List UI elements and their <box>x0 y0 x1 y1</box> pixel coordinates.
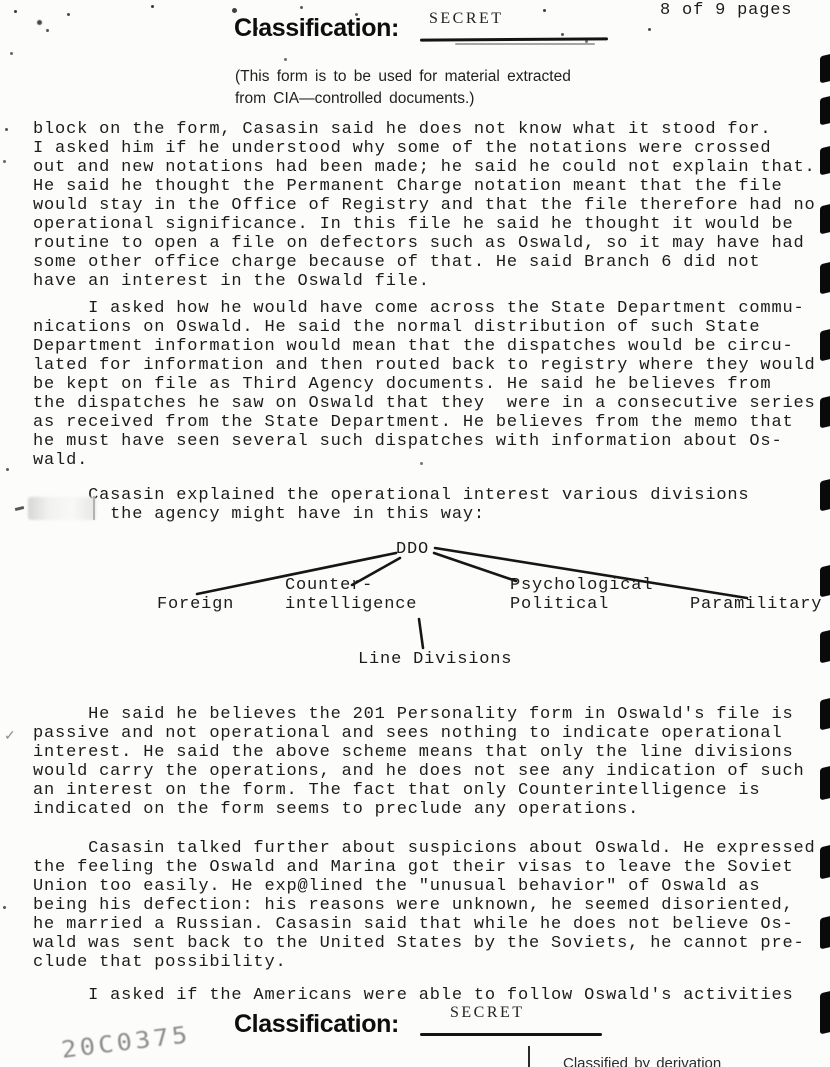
classification-label-bottom: Classification: <box>234 1010 399 1039</box>
binding-mark <box>820 54 830 84</box>
form-divider-tick <box>528 1046 530 1067</box>
pages-indicator: 8 of 9 pages <box>660 1 792 20</box>
classification-label-top: Classification: <box>234 14 399 43</box>
classification-underline-top <box>420 37 608 41</box>
org-chart-root-ddo: DDO <box>396 540 429 559</box>
binding-mark <box>820 329 830 362</box>
binding-mark <box>820 479 830 512</box>
binding-mark <box>820 146 830 176</box>
binding-mark <box>820 698 830 731</box>
whiteout-redaction-tick <box>15 506 24 511</box>
org-chart-node-counterintelligence: Counter- intelligence <box>285 576 417 614</box>
org-chart-node-foreign: Foreign <box>157 595 234 614</box>
classification-value-top: SECRET <box>429 10 504 28</box>
org-chart-node-psychological-political: Psychological Political <box>510 576 653 614</box>
paragraph-2: I asked how he would have come across th… <box>33 299 816 470</box>
classification-underline-bottom <box>420 1033 602 1036</box>
binding-mark <box>820 630 830 664</box>
paragraph-4: He said he believes the 201 Personality … <box>33 705 805 819</box>
classification-value-bottom: SECRET <box>450 1004 525 1022</box>
whiteout-redaction <box>28 497 96 520</box>
org-chart-node-paramilitary: Paramilitary <box>690 595 822 614</box>
scan-specks <box>0 0 3 3</box>
binding-mark <box>820 991 830 1035</box>
binding-mark <box>820 565 830 598</box>
whiteout-redaction-edge <box>93 496 95 520</box>
checkmark-annotation: ✓ <box>4 727 16 744</box>
binding-mark <box>820 916 830 950</box>
classified-by-note: Classified by derivation <box>563 1055 721 1067</box>
page: 8 of 9 pages SECRET Classification: (Thi… <box>0 0 830 1067</box>
org-chart-node-line-divisions: Line Divisions <box>358 650 512 669</box>
classification-underline-top-echo <box>455 43 595 45</box>
paragraph-5: Casasin talked further about suspicions … <box>33 839 816 972</box>
form-note: (This form is to be used for material ex… <box>235 66 571 110</box>
paragraph-6: I asked if the Americans were able to fo… <box>33 986 794 1005</box>
binding-mark <box>820 396 830 429</box>
binding-mark <box>820 845 830 880</box>
binding-mark <box>820 96 830 126</box>
binding-mark <box>820 766 830 801</box>
binding-mark <box>820 204 830 235</box>
paragraph-3: Casasin explained the operational intere… <box>33 486 749 524</box>
binding-mark <box>820 262 830 295</box>
paragraph-1: block on the form, Casasin said he does … <box>33 120 816 291</box>
stamp-number: 20C0375 <box>60 1022 192 1064</box>
